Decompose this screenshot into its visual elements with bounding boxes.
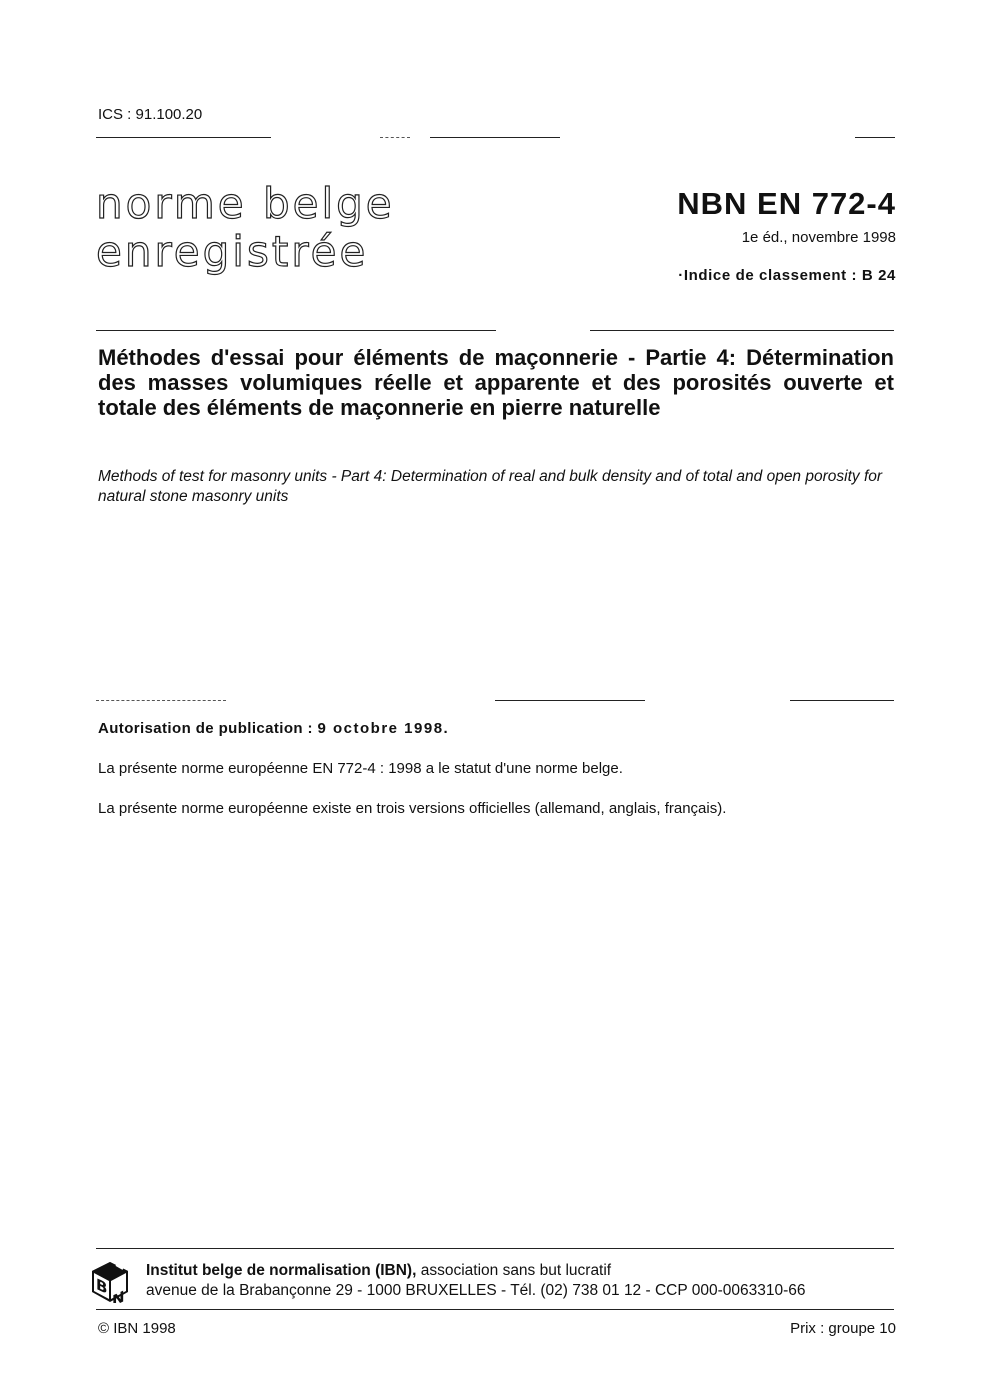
- ics-code: ICS : 91.100.20: [98, 106, 202, 123]
- title-french: Méthodes d'essai pour éléments de maçonn…: [98, 345, 894, 420]
- ibn-cube-logo-icon: B N: [90, 1261, 130, 1303]
- price-group: Prix : groupe 10: [790, 1320, 896, 1337]
- header-rule-mid: [380, 137, 410, 138]
- outline-line-1: norme belge: [96, 180, 395, 228]
- publication-label: Autorisation de publication: [98, 720, 303, 737]
- copyright: © IBN 1998: [98, 1320, 176, 1337]
- title-english: Methods of test for masonry units - Part…: [98, 467, 898, 507]
- footer-rule-top: [96, 1248, 894, 1249]
- institute-line: Institut belge de normalisation (IBN), a…: [146, 1262, 611, 1280]
- header-rule-left: [96, 137, 271, 138]
- institute-name: Institut belge de normalisation (IBN),: [146, 1262, 416, 1279]
- institute-address: avenue de la Brabançonne 29 - 1000 BRUXE…: [146, 1282, 805, 1300]
- registered-standard-label: norme belge enregistrée: [96, 180, 395, 276]
- pub-rule-right: [790, 700, 894, 701]
- classification-index: ·Indice de classement : B 24: [678, 267, 896, 284]
- outline-line-2: enregistrée: [96, 228, 395, 276]
- publication-date: 9 octobre 1998.: [318, 720, 450, 737]
- pub-rule-left: [96, 700, 226, 701]
- title-rule-left: [96, 330, 496, 331]
- versions-paragraph: La présente norme européenne existe en t…: [98, 800, 726, 817]
- header-rule-right: [855, 137, 895, 138]
- publication-authorization: Autorisation de publication : 9 octobre …: [98, 720, 449, 737]
- footer-rule-bottom: [96, 1309, 894, 1310]
- header-rule-mid2: [430, 137, 560, 138]
- publication-separator: :: [303, 720, 318, 737]
- title-rule-right: [590, 330, 894, 331]
- edition-date: 1e éd., novembre 1998: [742, 229, 896, 246]
- status-paragraph: La présente norme européenne EN 772-4 : …: [98, 760, 623, 777]
- pub-rule-mid: [495, 700, 645, 701]
- institute-type: association sans but lucratif: [416, 1262, 611, 1279]
- standard-number: NBN EN 772-4: [677, 186, 896, 222]
